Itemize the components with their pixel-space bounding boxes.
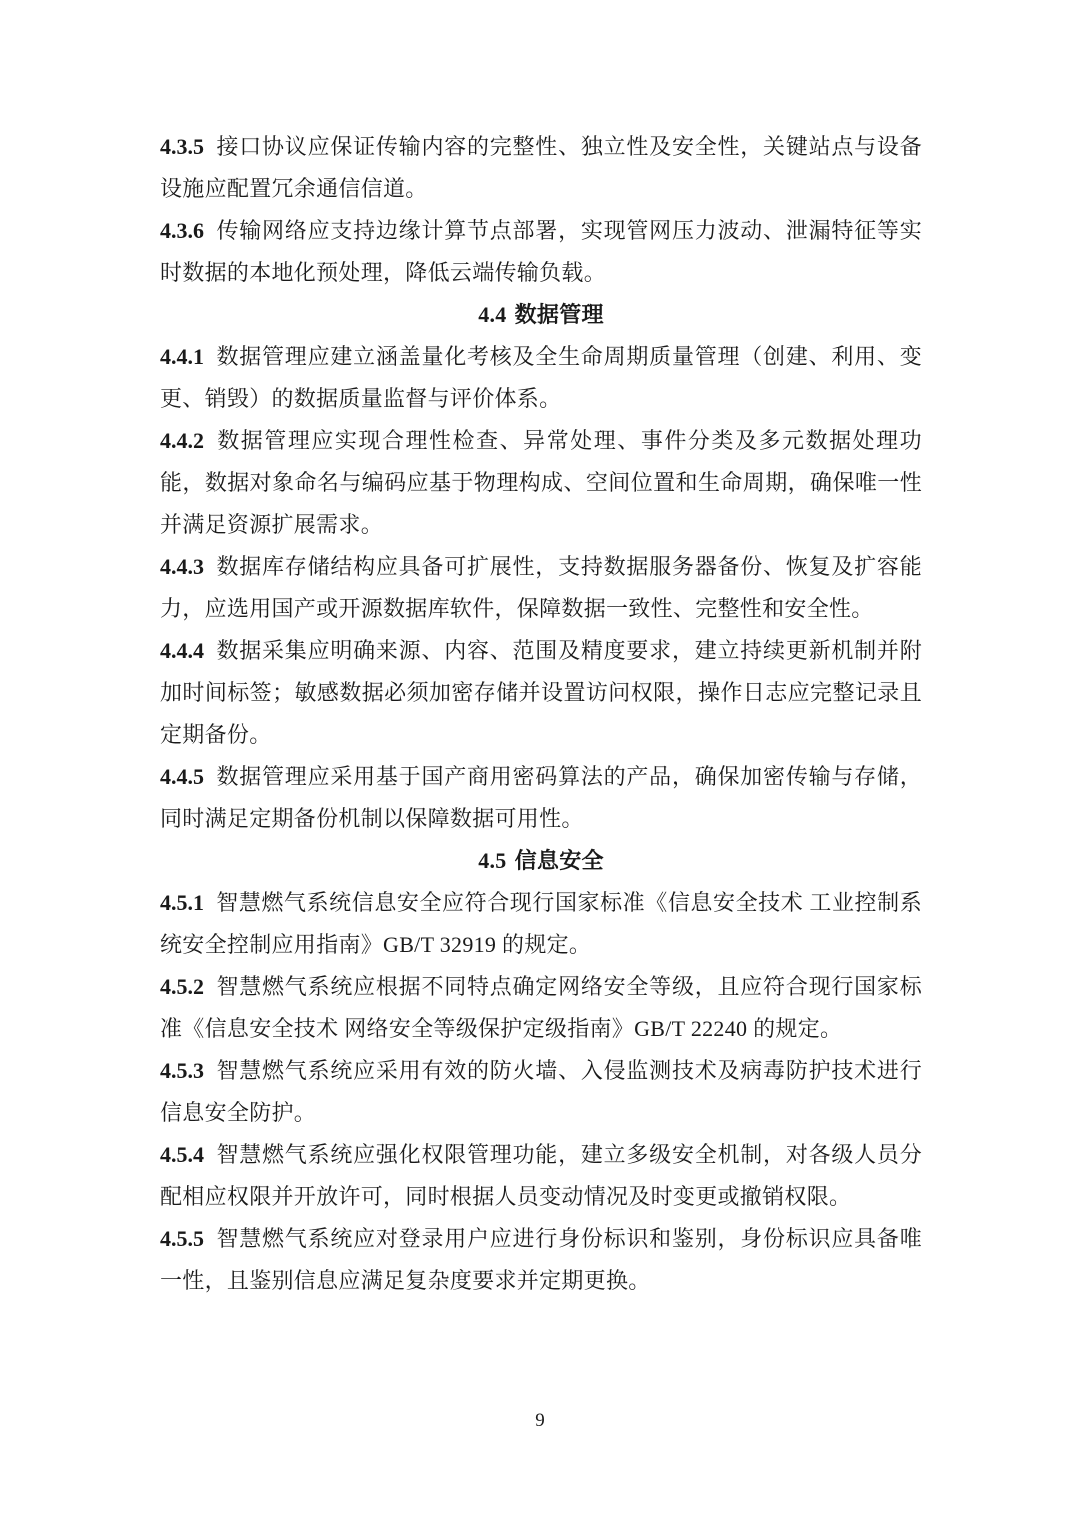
clause-number: 4.4.5 (160, 764, 204, 789)
clause-text: 数据管理应采用基于国产商用密码算法的产品，确保加密传输与存储，同时满足定期备份机… (160, 764, 922, 831)
clause-text: 智慧燃气系统应根据不同特点确定网络安全等级，且应符合现行国家标准《信息安全技术 … (160, 974, 922, 1041)
clause-number: 4.4.1 (160, 344, 204, 369)
document-page: 4.3.5接口协议应保证传输内容的完整性、独立性及安全性，关键站点与设备设施应配… (0, 0, 1080, 1527)
clause: 4.4.4数据采集应明确来源、内容、范围及精度要求，建立持续更新机制并附加时间标… (160, 630, 922, 756)
clause-text: 数据采集应明确来源、内容、范围及精度要求，建立持续更新机制并附加时间标签；敏感数… (160, 638, 922, 747)
clause: 4.5.4智慧燃气系统应强化权限管理功能，建立多级安全机制，对各级人员分配相应权… (160, 1134, 922, 1218)
section-title: 信息安全 (515, 848, 604, 873)
clause-number: 4.3.6 (160, 218, 204, 243)
clause: 4.4.5数据管理应采用基于国产商用密码算法的产品，确保加密传输与存储，同时满足… (160, 756, 922, 840)
clause-number: 4.3.5 (160, 134, 204, 159)
clause: 4.4.1数据管理应建立涵盖量化考核及全生命周期质量管理（创建、利用、变更、销毁… (160, 336, 922, 420)
clause: 4.5.2智慧燃气系统应根据不同特点确定网络安全等级，且应符合现行国家标准《信息… (160, 966, 922, 1050)
document-body: 4.3.5接口协议应保证传输内容的完整性、独立性及安全性，关键站点与设备设施应配… (160, 126, 922, 1302)
clause: 4.5.5智慧燃气系统应对登录用户应进行身份标识和鉴别，身份标识应具备唯一性，且… (160, 1218, 922, 1302)
clause-number: 4.4.3 (160, 554, 204, 579)
clause: 4.4.3数据库存储结构应具备可扩展性，支持数据服务器备份、恢复及扩容能力，应选… (160, 546, 922, 630)
clause-number: 4.5.2 (160, 974, 204, 999)
clause-number: 4.5.3 (160, 1058, 204, 1083)
clause-number: 4.5.4 (160, 1142, 204, 1167)
clause: 4.3.5接口协议应保证传输内容的完整性、独立性及安全性，关键站点与设备设施应配… (160, 126, 922, 210)
section-number: 4.5 (478, 848, 506, 873)
clause-text: 智慧燃气系统信息安全应符合现行国家标准《信息安全技术 工业控制系统安全控制应用指… (160, 890, 922, 957)
clause-text: 数据管理应实现合理性检查、异常处理、事件分类及多元数据处理功能，数据对象命名与编… (160, 428, 922, 537)
clause-text: 数据管理应建立涵盖量化考核及全生命周期质量管理（创建、利用、变更、销毁）的数据质… (160, 344, 922, 411)
clause-number: 4.5.5 (160, 1226, 204, 1251)
clause-text: 传输网络应支持边缘计算节点部署，实现管网压力波动、泄漏特征等实时数据的本地化预处… (160, 218, 922, 285)
clause: 4.5.1智慧燃气系统信息安全应符合现行国家标准《信息安全技术 工业控制系统安全… (160, 882, 922, 966)
clause-text: 智慧燃气系统应强化权限管理功能，建立多级安全机制，对各级人员分配相应权限并开放许… (160, 1142, 922, 1209)
clause-number: 4.4.4 (160, 638, 204, 663)
clause-number: 4.4.2 (160, 428, 204, 453)
section-heading: 4.4数据管理 (160, 294, 922, 336)
section-number: 4.4 (478, 302, 506, 327)
page-number: 9 (0, 1408, 1080, 1434)
clause-text: 智慧燃气系统应采用有效的防火墙、入侵监测技术及病毒防护技术进行信息安全防护。 (160, 1058, 922, 1125)
clause-text: 接口协议应保证传输内容的完整性、独立性及安全性，关键站点与设备设施应配置冗余通信… (160, 134, 922, 201)
section-title: 数据管理 (515, 302, 604, 327)
clause: 4.3.6传输网络应支持边缘计算节点部署，实现管网压力波动、泄漏特征等实时数据的… (160, 210, 922, 294)
clause-text: 智慧燃气系统应对登录用户应进行身份标识和鉴别，身份标识应具备唯一性，且鉴别信息应… (160, 1226, 922, 1293)
clause-text: 数据库存储结构应具备可扩展性，支持数据服务器备份、恢复及扩容能力，应选用国产或开… (160, 554, 922, 621)
clause-number: 4.5.1 (160, 890, 204, 915)
section-heading: 4.5信息安全 (160, 840, 922, 882)
clause: 4.5.3智慧燃气系统应采用有效的防火墙、入侵监测技术及病毒防护技术进行信息安全… (160, 1050, 922, 1134)
clause: 4.4.2数据管理应实现合理性检查、异常处理、事件分类及多元数据处理功能，数据对… (160, 420, 922, 546)
